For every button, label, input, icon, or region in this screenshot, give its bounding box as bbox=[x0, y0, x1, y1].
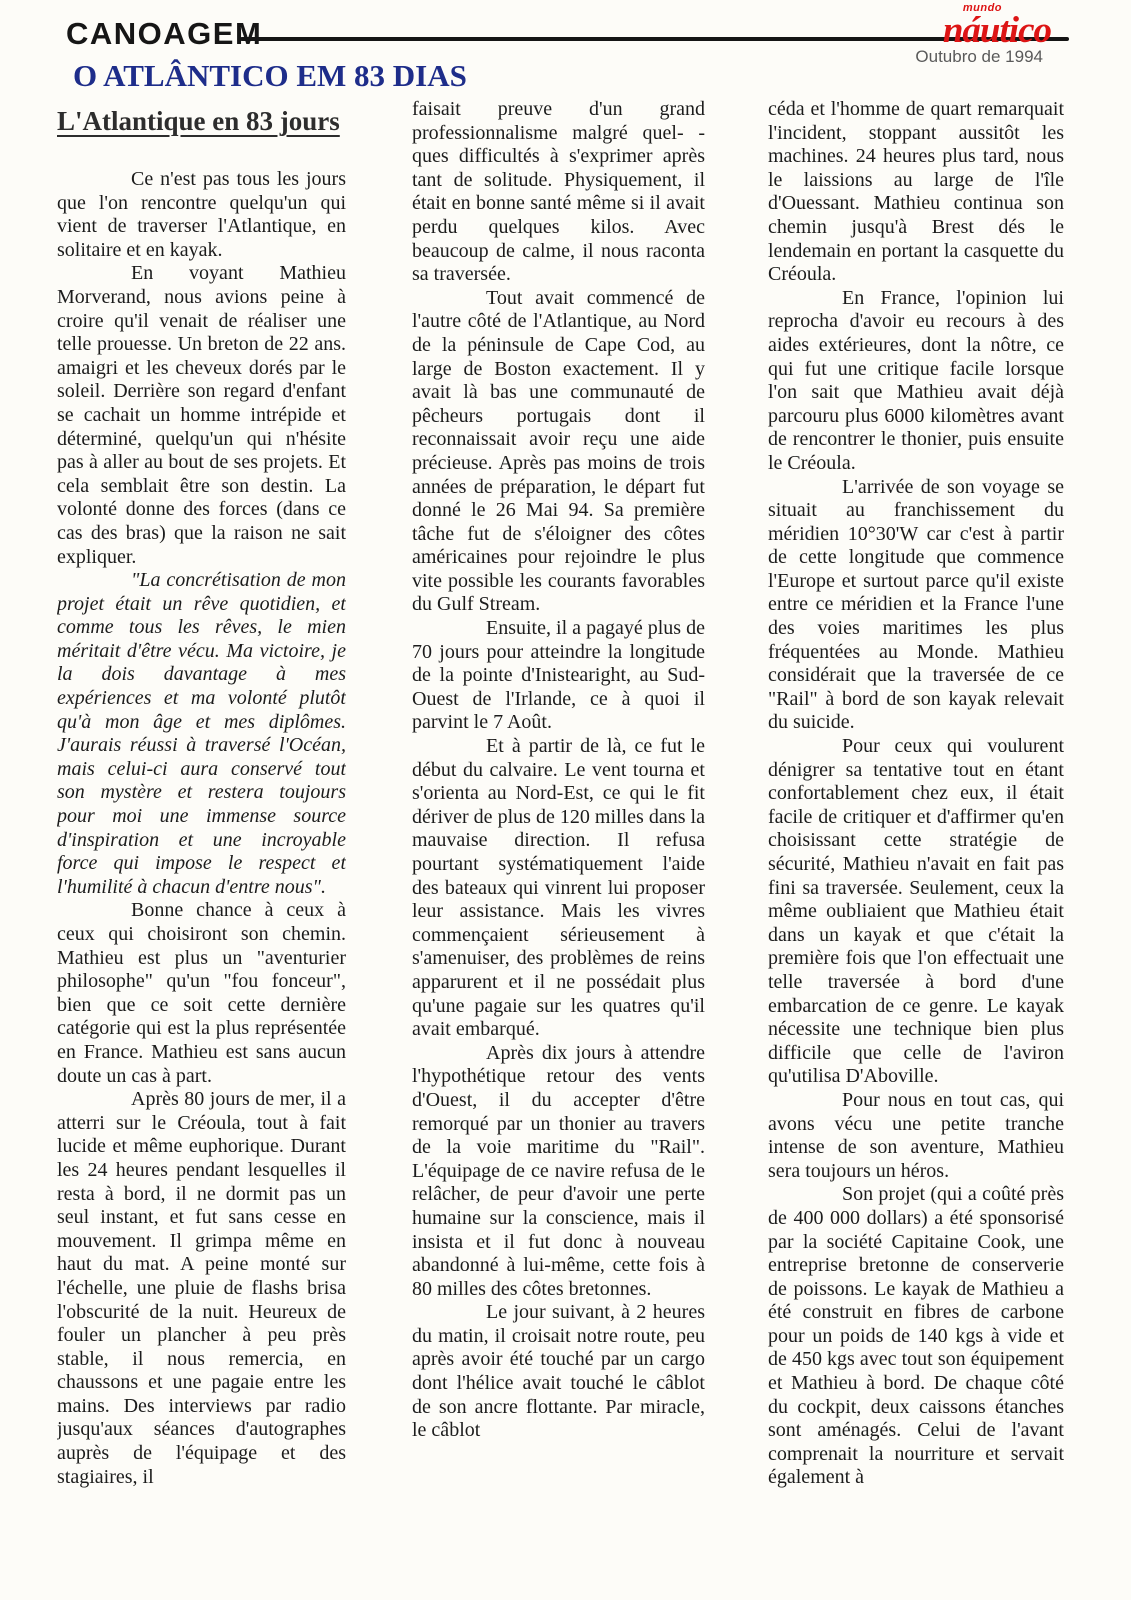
paragraph: Le jour suivant, à 2 heures du matin, il… bbox=[412, 1301, 705, 1443]
paragraph-quote: "La concrétisation de mon projet était u… bbox=[57, 569, 346, 899]
paragraph: En voyant Mathieu Morverand, nous avions… bbox=[57, 262, 346, 569]
paragraph: faisait preuve d'un grand professionnali… bbox=[412, 98, 705, 287]
paragraph: L'arrivée de son voyage se situait au fr… bbox=[768, 476, 1064, 736]
magazine-logo: mundo náutico bbox=[943, 3, 1051, 49]
paragraph: Bonne chance à ceux à ceux qui choisiron… bbox=[57, 899, 346, 1088]
paragraph: Ensuite, il a pagayé plus de 70 jours po… bbox=[412, 617, 705, 735]
paragraph: céda et l'homme de quart remarquait l'in… bbox=[768, 98, 1064, 287]
paragraph: Tout avait commencé de l'autre côté de l… bbox=[412, 287, 705, 617]
paragraph: En France, l'opinion lui reprocha d'avoi… bbox=[768, 287, 1064, 476]
article-column-1: Ce n'est pas tous les jours que l'on ren… bbox=[57, 168, 346, 1600]
magazine-page: CANOAGEM mundo náutico Outubro de 1994 O… bbox=[0, 0, 1131, 1600]
paragraph: Son projet (qui a coûté près de 400 000 … bbox=[768, 1183, 1064, 1490]
paragraph: Pour ceux qui voulurent dénigrer sa tent… bbox=[768, 735, 1064, 1089]
paragraph: Pour nous en tout cas, qui avons vécu un… bbox=[768, 1089, 1064, 1183]
paragraph: Après dix jours à attendre l'hypothétiqu… bbox=[412, 1042, 705, 1302]
article-column-2: faisait preuve d'un grand professionnali… bbox=[412, 98, 705, 1600]
section-label: CANOAGEM bbox=[66, 16, 262, 52]
article-column-3: céda et l'homme de quart remarquait l'in… bbox=[768, 98, 1064, 1600]
article-title-portuguese: O ATLÂNTICO EM 83 DIAS bbox=[73, 58, 467, 94]
paragraph: Ce n'est pas tous les jours que l'on ren… bbox=[57, 168, 346, 262]
article-title-french: L'Atlantique en 83 jours bbox=[57, 106, 340, 137]
magazine-logo-name: náutico bbox=[943, 10, 1051, 51]
issue-date: Outubro de 1994 bbox=[915, 47, 1043, 67]
paragraph: Après 80 jours de mer, il a atterri sur … bbox=[57, 1088, 346, 1489]
paragraph: Et à partir de là, ce fut le début du ca… bbox=[412, 735, 705, 1042]
